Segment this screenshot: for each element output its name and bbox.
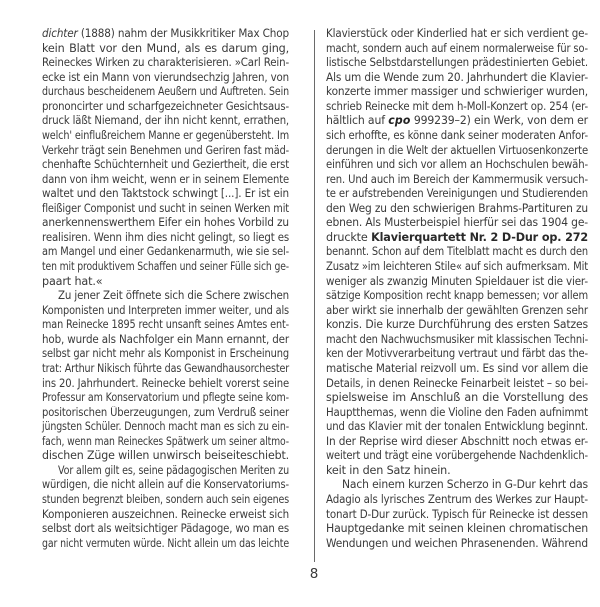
text-line: Reineckes Wirken zu charakterisieren. »C… — [42, 56, 289, 71]
text-line: hob, wurde als Nachfolger ein Mann ernan… — [42, 333, 289, 348]
text-line: hältlich auf cpo 999239–2) ein Werk, von… — [326, 114, 588, 129]
text-line: welch' einflußreichem Manne er gegenüber… — [42, 129, 289, 144]
paragraph-start-line: Zu jener Zeit öffnete sich die Schere zw… — [42, 289, 289, 304]
text-line: Als um die Wende zum 20. Jahrhundert die… — [326, 71, 588, 86]
text-line: selbst dort als weitsichtiger Pädagoge, … — [42, 522, 289, 537]
text-line: den Weg zu den schwierigen Brahms-Partit… — [326, 202, 588, 217]
text-line: waltet und den Taktstock schwingt [...].… — [42, 187, 289, 202]
text-line: Hauptgedanke mit seinen kleinen chromati… — [326, 522, 588, 537]
text-line: ten mit produktivem Schaffen und seiner … — [42, 260, 289, 275]
right-text-column: Klavierstück oder Kinderlied hat er sich… — [326, 27, 588, 551]
text-line: Professur am Konservatorium und pflegte … — [42, 391, 289, 406]
text-line: weniger als zwanzig Minuten Spieldauer i… — [326, 275, 588, 290]
text-line: ren. Und auch im Bereich der Kammermusik… — [326, 173, 588, 188]
text-line: Hauptthemas, wenn die Violine den Faden … — [326, 406, 588, 421]
text-line: schrieb Reinecke mit dem h-Moll-Konzert … — [326, 100, 588, 115]
text-line: Klavierstück oder Kinderlied hat er sich… — [326, 27, 588, 42]
text-line: Zusatz »im leichteren Stile« auf sich au… — [326, 260, 588, 275]
text-line: druck läßt Niemand, der ihn nicht kennt,… — [42, 114, 289, 129]
column-divider — [314, 30, 315, 562]
text-line: Details, in denen Reinecke Feinarbeit le… — [326, 377, 588, 392]
text-line: te er aufstrebenden Vereinigungen und St… — [326, 187, 588, 202]
text-line: Adagio als lyrisches Zentrum des Werkes … — [326, 493, 588, 508]
text-line: ebnen. Als Musterbeispiel hierfür sei da… — [326, 216, 588, 231]
text-line: und das Klavier mit der tonalen Entwickl… — [326, 420, 588, 435]
text-line: macht, sondern auch auf einem normalerwe… — [326, 42, 588, 57]
text-line: man Reinecke 1895 recht unsanft seines A… — [42, 318, 289, 333]
text-line: dichter (1888) nahm der Musikkritiker Ma… — [42, 27, 289, 42]
text-line: ken der Motivverarbeitung vertraut und f… — [326, 347, 588, 362]
text-line: ecke ist ein Mann von vierundsechzig Jah… — [42, 71, 289, 86]
text-line: Verkehr trägt sein Benehmen und Geriren … — [42, 144, 289, 159]
text-line: am Mangel und einer Gedankenarmuth, wie … — [42, 245, 289, 260]
text-line: sätzige Komposition recht knapp bemessen… — [326, 289, 588, 304]
text-line: macht den Nachwuchsmusiker mit klassisch… — [326, 333, 588, 348]
text-line: tonart D-Dur zurück. Typisch für Reineck… — [326, 508, 588, 523]
text-line: chenhafte Schüchternheit und Geziertheit… — [42, 158, 289, 173]
left-text-column: dichter (1888) nahm der Musikkritiker Ma… — [42, 27, 289, 551]
text-line: durchaus bescheidenem Aeußern und Auftre… — [42, 85, 289, 100]
text-line: druckte Klavierquartett Nr. 2 D-Dur op. … — [326, 231, 588, 246]
text-line: anerkennenswerthem Eifer ein hohes Vorbi… — [42, 216, 289, 231]
text-line: Komponieren auszeichnen. Reinecke erweis… — [42, 508, 289, 523]
text-line: stunden begrenzt bleiben, sondern auch s… — [42, 493, 289, 508]
text-line: realisiren. Wenn ihm dies nicht gelingt,… — [42, 231, 289, 246]
text-line: benannt. Schon auf dem Titelblatt macht … — [326, 245, 588, 260]
text-line: In der Reprise wird dieser Abschnitt noc… — [326, 435, 588, 450]
text-line: konzerte immer massiger und schwieriger … — [326, 85, 588, 100]
text-line: dann von ihm weicht, wenn er in seinem E… — [42, 173, 289, 188]
text-line: gar nicht vermuten würde. Nicht allein u… — [42, 537, 289, 552]
text-line: jüngsten Schüler. Dennoch macht man es s… — [42, 420, 289, 435]
text-line: Komponisten und Interpreten immer weiter… — [42, 304, 289, 319]
text-line: spielsweise im Anschluß an die Vorstellu… — [326, 391, 588, 406]
text-line: ins 20. Jahrhundert. Reinecke behielt vo… — [42, 377, 289, 392]
text-line: Wendungen und weichen Phrasenenden. Währ… — [326, 537, 588, 552]
text-line: fach, wenn man Reineckes Spätwerk um sei… — [42, 435, 289, 450]
text-line: aber wirkt sie innerhalb der gewählten G… — [326, 304, 588, 319]
text-line: kein Blatt vor den Mund, als es darum gi… — [42, 42, 289, 57]
text-line: weitert und trägt eine vorübergehende Na… — [326, 449, 588, 464]
text-line: fleißiger Componist und sucht in seinen … — [42, 202, 289, 217]
text-line: prononcirter und scharfgezeichneter Gesi… — [42, 100, 289, 115]
paragraph-start-line: Vor allem gilt es, seine pädagogischen M… — [42, 464, 289, 479]
text-line: selbst gar nicht mehr als Komponist in E… — [42, 347, 289, 362]
text-line: einführen und sich vor allem an Hochschu… — [326, 158, 588, 173]
text-line: würdigen, die nicht allein auf die Konse… — [42, 478, 289, 493]
text-line: positorischen Überzeugungen, zum Verdruß… — [42, 406, 289, 421]
text-line: matische Material reizvoll um. Es sind v… — [326, 362, 588, 377]
work-title: Klavierquartett Nr. 2 D-Dur op. 272 — [371, 231, 588, 244]
text-line: listische Selbstdarstellungen prädestini… — [326, 56, 588, 71]
paragraph-start-line: Nach einem kurzen Scherzo in G-Dur kehrt… — [326, 478, 588, 493]
text-line: derungen in die Welt der aktuellen Virtu… — [326, 144, 588, 159]
text-line: dischen Züge willen unwirsch beiseitesch… — [42, 449, 289, 464]
text-line: sich erhoffte, es könne dank seiner mode… — [326, 129, 588, 144]
page-number: 8 — [300, 566, 328, 582]
text-line: trat: Arthur Nikisch führte das Gewandha… — [42, 362, 289, 377]
text-line: keit in den Satz hinein. — [326, 464, 588, 479]
text-line: paart hat.« — [42, 275, 289, 290]
text-line: konzis. Die kurze Durchführung des erste… — [326, 318, 588, 333]
italic-word: dichter — [42, 27, 78, 40]
cpo-label-logo: cpo — [388, 114, 410, 127]
